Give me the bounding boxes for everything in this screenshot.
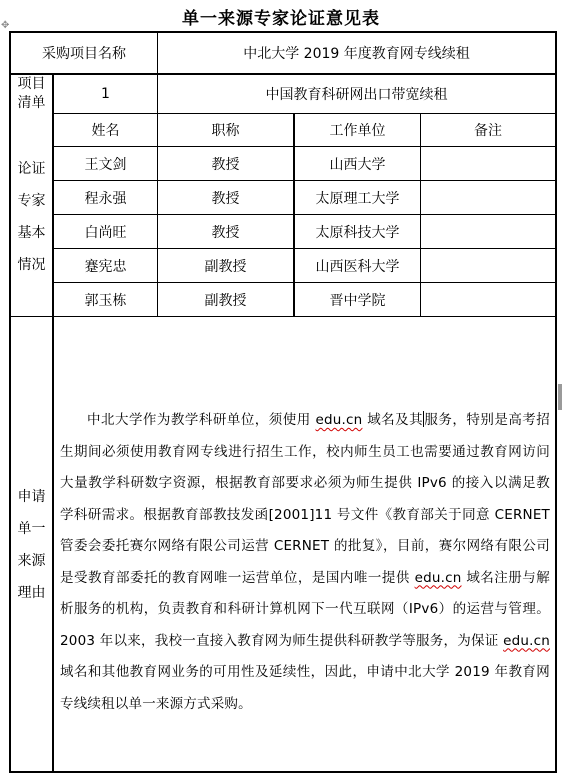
expert-name: 王文剑 — [54, 147, 157, 180]
reason-label-line: 申请 — [18, 481, 46, 513]
experts-label-line: 情况 — [18, 249, 46, 281]
reason-text[interactable]: 中北大学作为教学科研单位，须使用 edu.cn 域名及其服务，特别是高考招生期间… — [60, 405, 550, 720]
experts-section-label: 论证 专家 基本 情况 — [11, 147, 52, 287]
expert-name: 蹇宪忠 — [54, 249, 157, 282]
expert-note — [421, 215, 555, 248]
reason-label-line: 单一 — [18, 513, 46, 545]
expert-name: 郭玉栋 — [54, 283, 157, 316]
expert-note — [421, 147, 555, 180]
spellcheck-flagged-word[interactable]: edu.cn — [316, 412, 363, 428]
expert-title: 副教授 — [158, 283, 293, 316]
text-segment: 域名和其他教育网业务的可用性及延续性，因此，申请中北大学 2019 年教育网专线… — [60, 664, 550, 712]
project-list-label-line-1: 项目 — [18, 75, 46, 94]
text-segment: 中北大学作为教学科研单位，须使用 — [87, 412, 316, 428]
expert-unit: 太原科技大学 — [295, 215, 420, 248]
header-note: 备注 — [421, 114, 555, 146]
header-name: 姓名 — [54, 114, 157, 146]
expert-unit: 山西大学 — [295, 147, 420, 180]
project-list-label-line-2: 清单 — [18, 94, 46, 113]
expert-title: 教授 — [158, 181, 293, 214]
project-name-label: 采购项目名称 — [11, 33, 157, 73]
project-list-label: 项目 清单 — [11, 75, 52, 113]
project-list-item: 中国教育科研网出口带宽续租 — [158, 75, 555, 113]
header-unit: 工作单位 — [295, 114, 420, 146]
spellcheck-flagged-word[interactable]: edu.cn — [415, 570, 462, 586]
reason-paragraph: 中北大学作为教学科研单位，须使用 edu.cn 域名及其服务，特别是高考招生期间… — [60, 405, 550, 720]
expert-name: 白尚旺 — [54, 215, 157, 248]
table-move-handle-icon[interactable]: ✥ — [1, 21, 11, 31]
expert-unit: 太原理工大学 — [295, 181, 420, 214]
row-divider — [9, 316, 557, 317]
reason-section-label: 申请 单一 来源 理由 — [11, 480, 52, 610]
expert-note — [421, 283, 555, 316]
expert-title: 教授 — [158, 147, 293, 180]
project-name-value: 中北大学 2019 年度教育网专线续租 — [158, 33, 555, 73]
expert-unit: 山西医科大学 — [295, 249, 420, 282]
text-segment: 服务，特别是高考招生期间必须使用教育网专线进行招生工作，校内师生员工也需要通过教… — [60, 412, 550, 586]
reason-label-line: 来源 — [18, 545, 46, 577]
expert-unit: 晋中学院 — [295, 283, 420, 316]
experts-label-line: 专家 — [18, 185, 46, 217]
experts-label-line: 基本 — [18, 217, 46, 249]
project-list-number: 1 — [54, 75, 157, 113]
spellcheck-flagged-word[interactable]: edu.cn — [503, 633, 550, 649]
scroll-marker[interactable] — [558, 384, 562, 410]
expert-title: 副教授 — [158, 249, 293, 282]
reason-label-line: 理由 — [18, 577, 46, 609]
document-title: 单一来源专家论证意见表 — [0, 4, 562, 29]
text-segment: 域名及其 — [362, 412, 423, 428]
expert-title: 教授 — [158, 215, 293, 248]
experts-label-line: 论证 — [18, 153, 46, 185]
expert-name: 程永强 — [54, 181, 157, 214]
header-title: 职称 — [158, 114, 293, 146]
expert-note — [421, 181, 555, 214]
expert-note — [421, 249, 555, 282]
